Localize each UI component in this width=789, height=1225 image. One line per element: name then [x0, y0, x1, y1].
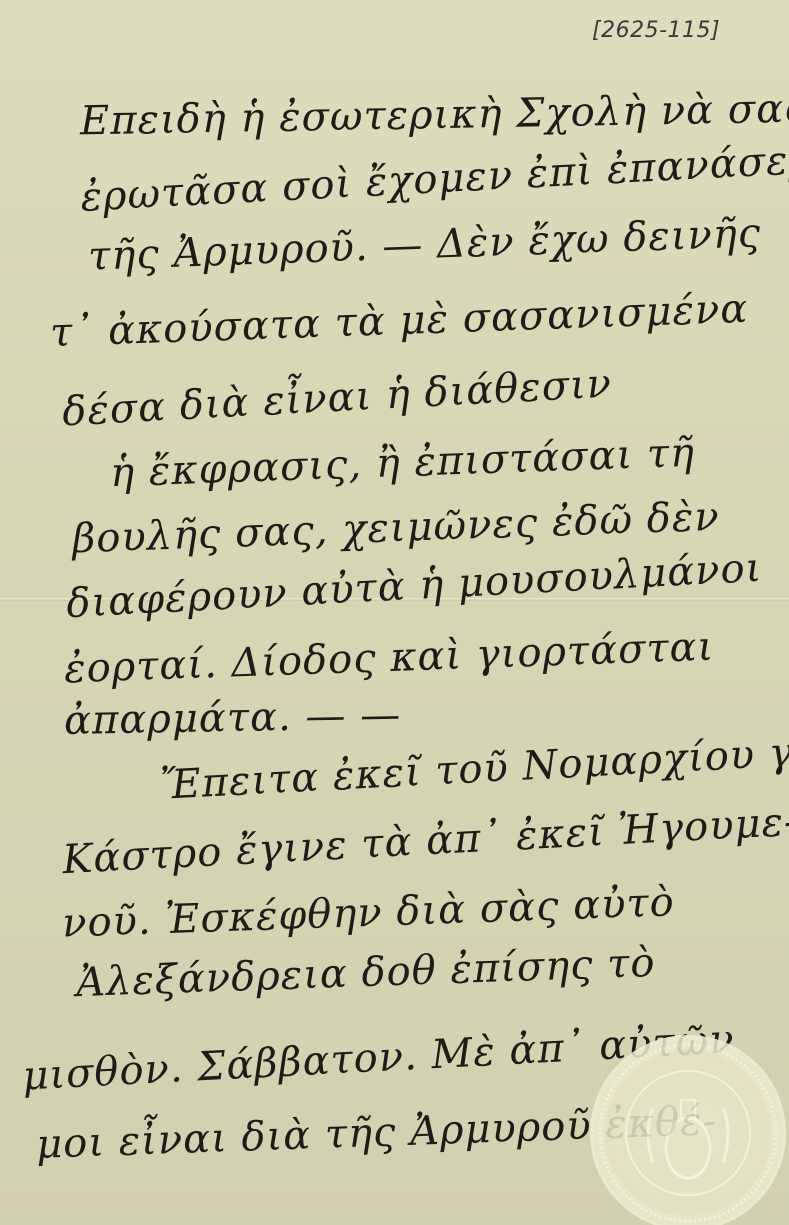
handwritten-line: Ἀλεξάνδρεια δοθ ἐπίσης τὸ [75, 940, 656, 1006]
handwritten-line: ἐορταί. Δίοδος καὶ γιορτάσται [63, 624, 715, 693]
handwritten-line: Επειδὴ ἡ ἐσωτερικὴ Σχολὴ νὰ σας [80, 86, 789, 145]
handwritten-line: τῆς Ἀρμυροῦ. — Δὲν ἔχω δεινῆς [87, 210, 762, 279]
handwritten-line: τ᾽ ἀκούσατα τὰ μὲ σασανισμένα [49, 286, 749, 356]
handwritten-line: ἐρωτᾶσα σοὶ ἔχομεν ἐπὶ ἐπανάσεβα [79, 135, 789, 221]
embossed-seal [590, 1035, 786, 1225]
handwritten-line: νοῦ. Ἐσκέφθην διὰ σὰς αὐτὸ [61, 879, 675, 946]
handwritten-line: Κάστρο ἔγινε τὰ ἀπ᾽ ἐκεῖ Ἠγουμε- [61, 799, 789, 883]
seal-emblem-icon [593, 1038, 783, 1225]
archive-reference-label: [2625-115] [592, 18, 720, 43]
handwritten-line: ἀπαρμάτα. — — [64, 692, 402, 744]
handwritten-line: ἡ ἔκφρασις, ἢ ἐπιστάσαι τῆ [109, 430, 695, 496]
handwritten-line: δέσα διὰ εἶναι ἡ διάθεσιν [61, 361, 613, 436]
manuscript-page: [2625-115] Επειδὴ ἡ ἐσωτερικὴ Σχολὴ νὰ σ… [0, 0, 789, 1225]
